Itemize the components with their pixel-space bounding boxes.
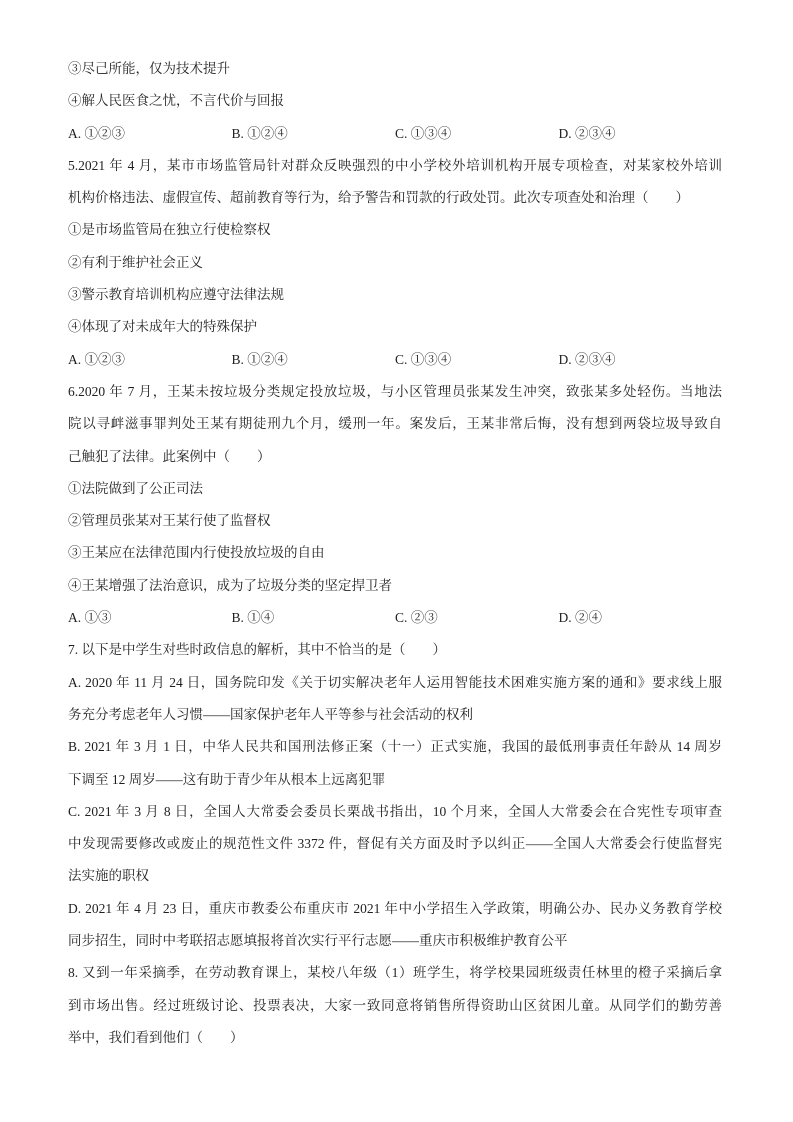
choice-cell: C. ②③ [395, 602, 559, 634]
option-statement-line: ④王某增强了法治意识，成为了垃圾分类的坚定捍卫者 [68, 570, 722, 602]
question-text-line: 5.2021 年 4 月，某市市场监管局针对群众反映强烈的中小学校外培训机构开展… [68, 150, 722, 182]
choice-row: A. ①②③B. ①②④C. ①③④D. ②③④ [68, 118, 722, 150]
option-statement-line: ①是市场监管局在独立行使检察权 [68, 214, 722, 246]
choice-cell: C. ①③④ [395, 118, 559, 150]
choice-cell: B. ①②④ [232, 118, 396, 150]
document-page: ③尽己所能，仅为技术提升④解人民医食之忧，不言代价与回报A. ①②③B. ①②④… [0, 0, 793, 1122]
choice-cell: D. ②③④ [559, 344, 723, 376]
choice-cell: B. ①②④ [232, 344, 396, 376]
choice-cell: B. ①④ [232, 602, 396, 634]
option-statement-line: ②管理员张某对王某行使了监督权 [68, 505, 722, 537]
option-statement-line: ②有利于维护社会正义 [68, 247, 722, 279]
question-text-line: 机构价格违法、虚假宣传、超前教育等行为，给予警告和罚款的行政处罚。此次专项查处和… [68, 182, 722, 214]
question-text-line: 8. 又到一年采摘季，在劳动教育课上，某校八年级（1）班学生，将学校果园班级责任… [68, 957, 722, 989]
option-statement-line: ①法院做到了公正司法 [68, 473, 722, 505]
choice-cell: D. ②③④ [559, 118, 723, 150]
question-text-line: 7. 以下是中学生对些时政信息的解析，其中不恰当的是（ ） [68, 634, 722, 666]
choice-cell: A. ①③ [68, 602, 232, 634]
question-text-line: 举中，我们看到他们（ ） [68, 1022, 722, 1054]
question-text-line: A. 2020 年 11 月 24 日，国务院印发《关于切实解决老年人运用智能技… [68, 667, 722, 699]
question-text-line: 务充分考虑老年人习惯——国家保护老年人平等参与社会活动的权利 [68, 699, 722, 731]
choice-cell: A. ①②③ [68, 344, 232, 376]
question-text-line: 同步招生，同时中考联招志愿填报将首次实行平行志愿——重庆市积极维护教育公平 [68, 925, 722, 957]
choice-cell: D. ②④ [559, 602, 723, 634]
question-text-line: D. 2021 年 4 月 23 日，重庆市教委公布重庆市 2021 年中小学招… [68, 893, 722, 925]
option-statement-line: ④体现了对未成年大的特殊保护 [68, 311, 722, 343]
choice-cell: C. ①③④ [395, 344, 559, 376]
question-text-line: 己触犯了法律。此案例中（ ） [68, 441, 722, 473]
question-text-line: 6.2020 年 7 月，王某未按垃圾分类规定投放垃圾，与小区管理员张某发生冲突… [68, 376, 722, 408]
option-statement-line: ③警示教育培训机构应遵守法律法规 [68, 279, 722, 311]
question-text-line: 院以寻衅滋事罪判处王某有期徒刑九个月，缓刑一年。案发后，王某非常后悔，没有想到两… [68, 408, 722, 440]
question-text-line: 下调至 12 周岁——这有助于青少年从根本上远离犯罪 [68, 764, 722, 796]
option-statement-line: ③王某应在法律范围内行使投放垃圾的自由 [68, 537, 722, 569]
option-statement-line: ④解人民医食之忧，不言代价与回报 [68, 85, 722, 117]
choice-row: A. ①②③B. ①②④C. ①③④D. ②③④ [68, 344, 722, 376]
question-text-line: B. 2021 年 3 月 1 日，中华人民共和国刑法修正案（十一）正式实施，我… [68, 731, 722, 763]
option-statement-line: ③尽己所能，仅为技术提升 [68, 53, 722, 85]
choice-row: A. ①③B. ①④C. ②③D. ②④ [68, 602, 722, 634]
question-text-line: C. 2021 年 3 月 8 日，全国人大常委会委员长栗战书指出，10 个月来… [68, 796, 722, 828]
choice-cell: A. ①②③ [68, 118, 232, 150]
question-text-line: 到市场出售。经过班级讨论、投票表决，大家一致同意将销售所得资助山区贫困儿童。从同… [68, 990, 722, 1022]
question-text-line: 法实施的职权 [68, 860, 722, 892]
question-text-line: 中发现需要修改或废止的规范性文件 3372 件，督促有关方面及时予以纠正——全国… [68, 828, 722, 860]
